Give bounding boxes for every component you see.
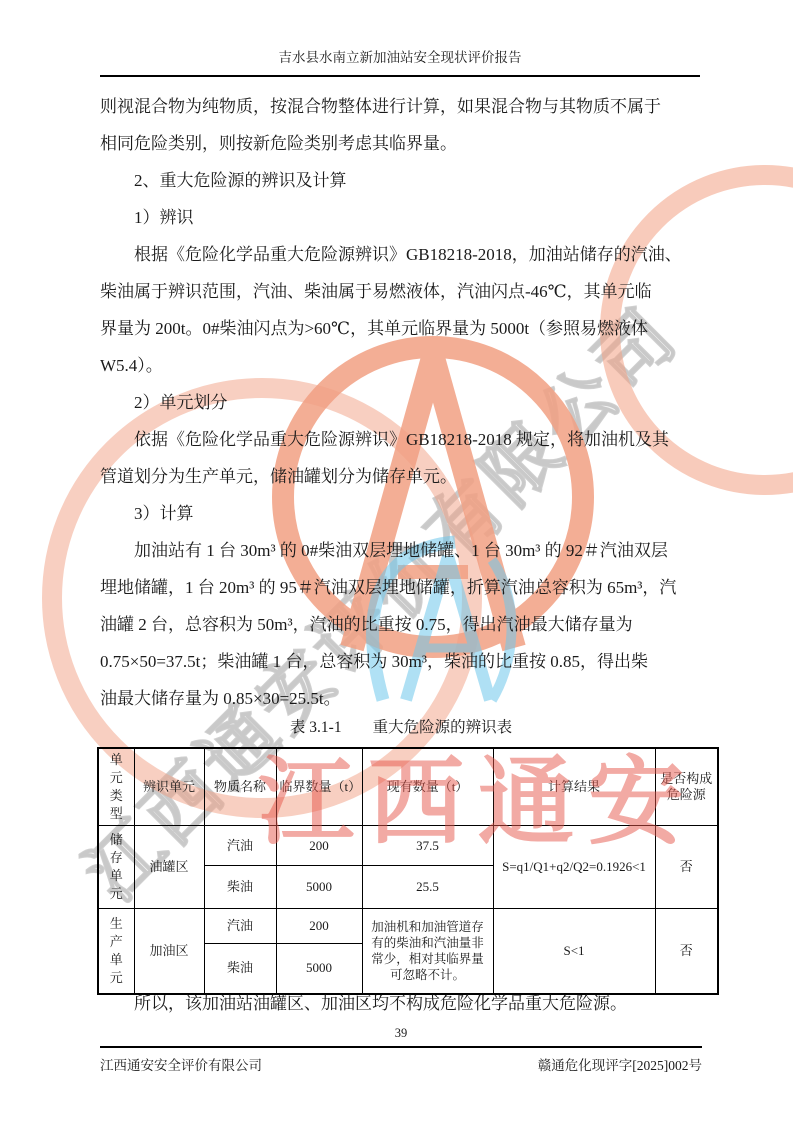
paragraph-line: 则视混合物为纯物质，按混合物整体进行计算，如果混合物与其物质不属于 [100,88,702,125]
hazard-identification-table: 单元类型 辨识单元 物质名称 临界数量（t） 现有数量（t） 计算结果 是否构成… [97,747,719,995]
report-page: 江西通安评价有限公司 [0,0,793,1122]
paragraph-line: 根据《危险化学品重大危险源辨识》GB18218-2018，加油站储存的汽油、 [100,236,702,273]
table-row: 储存单元 油罐区 汽油 200 37.5 S=q1/Q1+q2/Q2=0.192… [98,826,718,866]
paragraph-line: 2、重大危险源的辨识及计算 [100,162,702,199]
cell-storage-result: S=q1/Q1+q2/Q2=0.1926<1 [493,826,655,909]
paragraph-line: 油罐 2 台，总容积为 50m³，汽油的比重按 0.75，得出汽油最大储存量为 [100,606,702,643]
paragraph-line: W5.4）。 [100,347,702,384]
conclusion-text: 所以，该加油站油罐区、加油区均不构成危险化学品重大危险源。 [100,986,702,1022]
paragraph-line: 界量为 200t。0#柴油闪点为>60℃，其单元临界量为 5000t（参照易燃液… [100,310,702,347]
paragraph-line: 柴油属于辨识范围，汽油、柴油属于易燃液体，汽油闪点-46℃，其单元临 [100,273,702,310]
body-text: 则视混合物为纯物质，按混合物整体进行计算，如果混合物与其物质不属于 相同危险类别… [100,88,702,717]
page-header: 吉水县水南立新加油站安全现状评价报告 [100,46,700,77]
footer-company: 江西通安安全评价有限公司 [100,1054,262,1074]
col-header-unit-type: 单元类型 [98,748,134,826]
paragraph-line: 相同危险类别，则按新危险类别考虑其临界量。 [100,125,702,162]
paragraph-line: 管道划分为生产单元，储油罐划分为储存单元。 [100,458,702,495]
paragraph-line: 2）单元划分 [100,384,702,421]
report-title: 吉水县水南立新加油站安全现状评价报告 [279,50,522,65]
cell-actual: 37.5 [362,826,493,866]
cell-production-unit: 加油区 [134,909,204,994]
table-header-row: 单元类型 辨识单元 物质名称 临界数量（t） 现有数量（t） 计算结果 是否构成… [98,748,718,826]
cell-storage-hazard: 否 [655,826,718,909]
paragraph-line: 1）辨识 [100,199,702,236]
cell-production-type: 生产单元 [98,909,134,994]
page-content: 吉水县水南立新加油站安全现状评价报告 则视混合物为纯物质，按混合物整体进行计算，… [0,0,793,1122]
col-header-actual: 现有数量（t） [362,748,493,826]
paragraph-line: 依据《危险化学品重大危险源辨识》GB18218-2018 规定，将加油机及其 [100,421,702,458]
paragraph-line: 0.75×50=37.5t；柴油罐 1 台，总容积为 30m³，柴油的比重按 0… [100,643,702,680]
paragraph-line: 3）计算 [100,495,702,532]
col-header-material: 物质名称 [204,748,276,826]
paragraph-line: 加油站有 1 台 30m³ 的 0#柴油双层埋地储罐、1 台 30m³ 的 92… [100,532,702,569]
col-header-hazard: 是否构成危险源 [655,748,718,826]
cell-material: 汽油 [204,909,276,944]
col-header-ident-unit: 辨识单元 [134,748,204,826]
cell-production-actual-note: 加油机和加油管道存有的柴油和汽油量非常少，相对其临界量可忽略不计。 [362,909,493,994]
cell-material: 汽油 [204,826,276,866]
table-row: 生产单元 加油区 汽油 200 加油机和加油管道存有的柴油和汽油量非常少，相对其… [98,909,718,944]
paragraph-line: 埋地储罐，1 台 20m³ 的 95＃汽油双层埋地储罐，折算汽油总容积为 65m… [100,569,702,606]
cell-threshold: 5000 [276,866,362,909]
cell-storage-unit: 油罐区 [134,826,204,909]
footer-doc-number: 赣通危化现评字[2025]002号 [538,1054,702,1074]
cell-actual: 25.5 [362,866,493,909]
cell-production-hazard: 否 [655,909,718,994]
cell-storage-type: 储存单元 [98,826,134,909]
table-caption: 表 3.1-1 重大危险源的辨识表 [100,712,702,744]
cell-production-result: S<1 [493,909,655,994]
cell-material: 柴油 [204,866,276,909]
page-number: 39 [100,1022,702,1044]
col-header-result: 计算结果 [493,748,655,826]
cell-threshold: 200 [276,826,362,866]
col-header-threshold: 临界数量（t） [276,748,362,826]
cell-threshold: 200 [276,909,362,944]
page-footer: 江西通安安全评价有限公司 赣通危化现评字[2025]002号 [100,1046,702,1074]
